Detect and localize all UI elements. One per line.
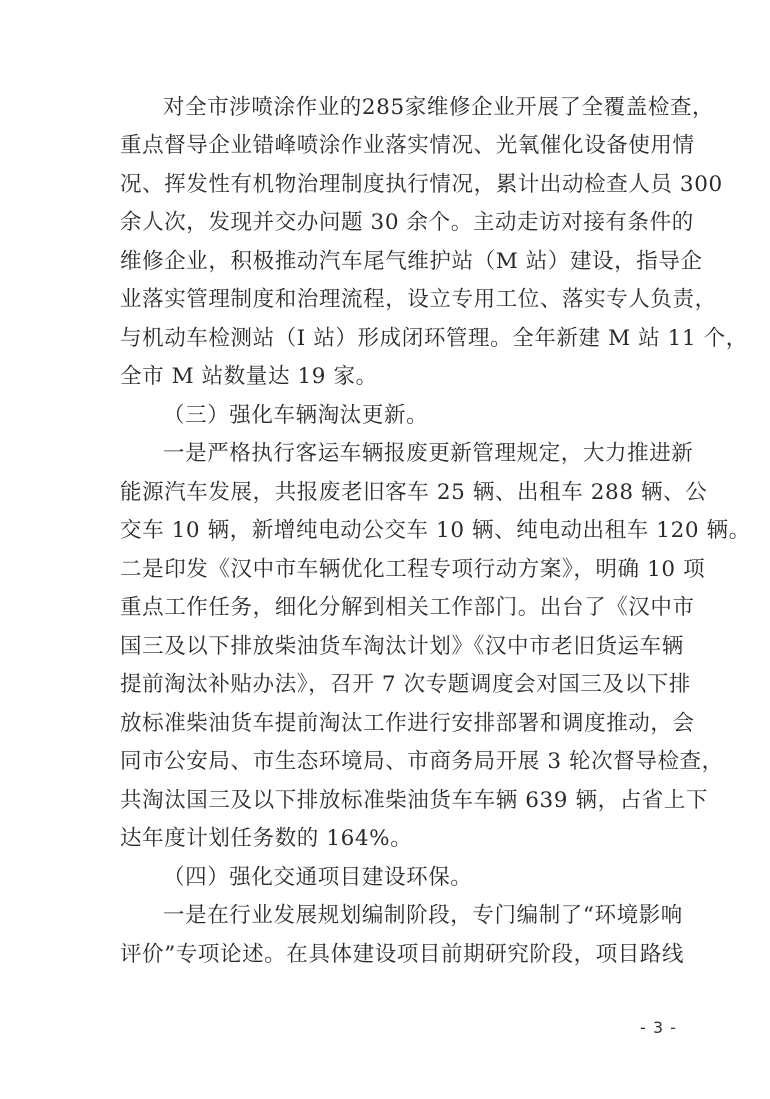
paragraph-1-line-5: 维修企业，积极推动汽车尾气维护站（M 站）建设，指导企 [120,247,676,277]
paragraph-2-line-10: 共淘汰国三及以下排放标准柴油货车车辆 639 辆，占省上下 [120,786,676,816]
paragraph-2-line-4: 二是印发《汉中市车辆优化工程专项行动方案》，明确 10 项 [120,555,676,585]
paragraph-2-line-11: 达年度计划任务数的 164%。 [120,824,676,854]
page-number: - 3 - [640,1018,677,1037]
paragraph-2-line-2: 能源汽车发展，共报废老旧客车 25 辆、出租车 288 辆、公 [120,478,676,508]
paragraph-1-line-6: 业落实管理制度和治理流程，设立专用工位、落实专人负责， [120,285,676,315]
paragraph-1-line-3: 况、挥发性有机物治理制度执行情况，累计出动检查人员 300 [120,170,676,200]
paragraph-3-line-1: 一是在行业发展规划编制阶段，专门编制了“环境影响 [163,901,676,931]
paragraph-1-line-4: 余人次，发现并交办问题 30 余个。主动走访对接有条件的 [120,208,676,238]
section-heading-4: （四）强化交通项目建设环保。 [163,863,676,893]
paragraph-2-line-6: 国三及以下排放柴油货车淘汰计划》《汉中市老旧货运车辆 [120,632,676,662]
paragraph-2-line-9: 同市公安局、市生态环境局、市商务局开展 3 轮次督导检查， [120,747,676,777]
paragraph-1-line-1: 对全市涉喷涂作业的285家维修企业开展了全覆盖检查， [163,93,676,123]
paragraph-1-line-7: 与机动车检测站（I 站）形成闭环管理。全年新建 M 站 11 个， [120,324,676,354]
section-heading-3: （三）强化车辆淘汰更新。 [163,401,676,431]
paragraph-2-line-8: 放标准柴油货车提前淘汰工作进行安排部署和调度推动，会 [120,709,676,739]
paragraph-2-line-1: 一是严格执行客运车辆报废更新管理规定，大力推进新 [163,439,676,469]
paragraph-1-line-2: 重点督导企业错峰喷涂作业落实情况、光氧催化设备使用情 [120,131,676,161]
document-page: 对全市涉喷涂作业的285家维修企业开展了全覆盖检查， 重点督导企业错峰喷涂作业落… [0,0,770,1099]
paragraph-3-line-2: 评价”专项论述。在具体建设项目前期研究阶段，项目路线 [120,940,676,970]
paragraph-2-line-3: 交车 10 辆，新增纯电动公交车 10 辆、纯电动出租车 120 辆。 [120,516,676,546]
paragraph-1-line-8: 全市 M 站数量达 19 家。 [120,362,676,392]
paragraph-2-line-5: 重点工作任务，细化分解到相关工作部门。出台了《汉中市 [120,593,676,623]
paragraph-2-line-7: 提前淘汰补贴办法》，召开 7 次专题调度会对国三及以下排 [120,670,676,700]
